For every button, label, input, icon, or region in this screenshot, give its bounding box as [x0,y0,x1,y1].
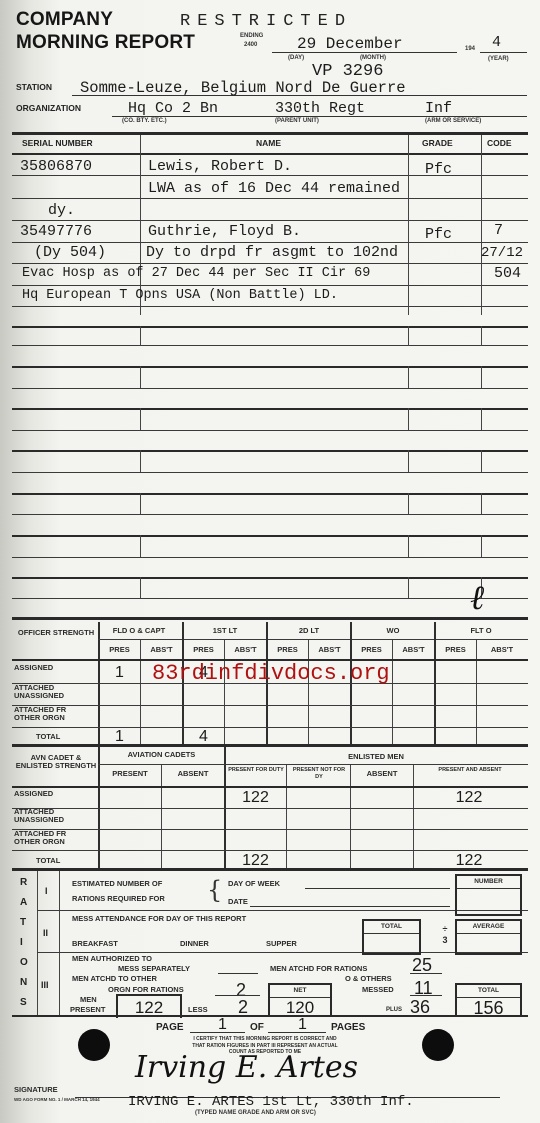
page-number: 1 [218,1016,227,1034]
group-enlisted-men: ENLISTED MEN [225,753,527,761]
signer-typed-sub: (TYPED NAME GRADE AND ARM OR SVC) [195,1110,316,1116]
subcol-abst: ABS'T [141,646,182,654]
divide-by-three: ÷ 3 [440,924,450,946]
year-sub: (YEAR) [488,56,509,62]
classification-stamp: RESTRICTED [180,12,352,31]
org-unit: Hq Co 2 Bn [128,100,218,117]
average-box: AVERAGE [455,919,522,955]
section-i-num: I [45,886,48,896]
row-label-assigned: ASSIGNED [14,790,53,798]
org-service: Inf [425,100,452,117]
subcol-pres: PRES [267,646,308,654]
day-of-week-label: DAY OF WEEK [228,880,280,888]
title-company: COMPANY [16,9,113,31]
est-rations-label-b: RATIONS REQUIRED FOR [72,895,165,903]
title-morning-report: MORNING REPORT [16,32,195,54]
total-label: TOTAL [364,921,419,934]
page-label: PAGE [156,1022,184,1033]
average-label: AVERAGE [457,921,520,934]
officer-total-fld-pres: 1 [99,728,140,746]
men-present-value: 122 [118,996,180,1018]
number-label: NUMBER [457,876,520,889]
atchd-other-label-b: ORGN FOR RATIONS [108,986,184,994]
mess-separately-label-a: MEN AUTHORIZED TO [72,955,152,963]
report-year: 4 [492,34,501,51]
col-grade: GRADE [422,138,453,148]
atchd-for-rations-label: MEN ATCHD FOR RATIONS [270,965,367,973]
grand-total-value: 156 [457,998,520,1019]
remark-duty: (Dy 504) [34,244,106,261]
subcol-pres: PRES [435,646,476,654]
group-flt-o: FLT O [435,627,527,635]
handwritten-signature: Irving E. Artes [135,1050,358,1085]
row-label-total: TOTAL [36,857,60,865]
subcol-pres: PRES [183,646,224,654]
mess-separately-label-b: MESS SEPARATELY [118,965,190,973]
remark-line: Hq European T Opns USA (Non Battle) LD. [22,288,338,303]
less-value: 2 [238,997,248,1018]
row-label-attached-fr-other: ATTACHED FR OTHER ORGN [14,706,94,722]
grade: Pfc [425,226,452,243]
col-name: NAME [256,138,281,148]
col-cadets-present: PRESENT [99,770,161,778]
net-box: NET 120 [268,983,332,1017]
others-messed-label-a: O & OTHERS [345,975,392,983]
date-sub-day: (DAY) [288,55,304,61]
report-date: 29 December [297,35,403,53]
net-label: NET [270,985,330,998]
signer-typed-name: IRVING E. ARTES 1st Lt, 330th Inf. [128,1094,414,1110]
col-present-not-for-duty: PRESENT NOT FOR DY [289,767,349,781]
ending-label: ENDING [240,33,263,39]
group-aviation-cadets: AVIATION CADETS [99,751,224,759]
enlisted-strength-title: AVN CADET & ENLISTED STRENGTH [14,754,98,770]
soldier-name: Lewis, Robert D. [148,158,292,175]
number-box: NUMBER [455,874,522,916]
grade: Pfc [425,161,452,178]
col-cadets-absent: ABSENT [162,770,224,778]
officer-total-1lt-pres: 4 [183,728,224,746]
code-date: 27/12 [481,245,523,261]
station-label: STATION [16,82,52,92]
subcol-pres: PRES [351,646,392,654]
col-enlisted-absent: ABSENT [351,770,413,778]
mess-attendance-label: MESS ATTENDANCE FOR DAY OF THIS REPORT [72,915,246,923]
binder-hole-right [422,1029,454,1061]
attendance-total-box: TOTAL [362,919,421,955]
dinner-label: DINNER [180,940,209,948]
enlisted-total-present-and-absent: 122 [414,852,524,870]
row-label-assigned: ASSIGNED [14,664,53,672]
enlisted-assigned-present-and-absent: 122 [414,789,524,807]
supper-label: SUPPER [266,940,297,948]
section-ii-num: II [43,928,48,938]
col-present-and-absent: PRESENT AND ABSENT [430,767,510,774]
section-iii-num: III [41,980,49,990]
date-label: DATE [228,898,248,906]
soldier-name: Guthrie, Floyd B. [148,223,301,240]
subcol-abst: ABS'T [477,646,527,654]
grand-total-label: TOTAL [457,985,520,998]
breakfast-label: BREAKFAST [72,940,118,948]
atchd-other-label-a: MEN ATCHD TO OTHER [72,975,157,983]
form-number: WD AGO FORM NO. 1 / MARCH 14, 1944 [14,1097,124,1102]
group-wo: WO [351,627,435,635]
remark-line: dy. [48,202,75,219]
group-fld-o-capt: FLD O & CAPT [99,627,179,635]
row-label-attached-unassigned: ATTACHED UNASSIGNED [14,808,94,824]
grand-total-box: TOTAL 156 [455,983,522,1017]
end-of-entries-mark: ℓ [470,578,484,618]
officer-strength-title: OFFICER STRENGTH [16,629,96,637]
signature-label: SIGNATURE [14,1086,58,1094]
station-value: Somme-Leuze, Belgium Nord De Guerre [80,79,406,97]
men-present-label-a: MEN [80,996,97,1004]
org-sub-unit: (CO. BTY. ETC.) [122,118,167,124]
serial-number: 35806870 [20,158,92,175]
group-1st-lt: 1ST LT [183,627,267,635]
others-messed-label-b: MESSED [362,986,394,994]
net-value: 120 [270,998,330,1018]
remark-line: LWA as of 16 Dec 44 remained [148,180,400,197]
brace: { [207,876,222,904]
row-label-attached-unassigned: ATTACHED UNASSIGNED [14,684,94,700]
code-ref: 504 [494,265,521,282]
code: 7 [494,222,503,239]
col-present-for-duty: PRESENT FOR DUTY [227,767,285,774]
enlisted-assigned-present-for-duty: 122 [225,789,286,807]
men-present-label-b: PRESENT [70,1006,105,1014]
subcol-abst: ABS'T [309,646,350,654]
year-prefix: 194 [465,46,475,52]
col-code: CODE [487,138,512,148]
date-sub-month: (MONTH) [360,55,386,61]
row-label-attached-fr-other: ATTACHED FR OTHER ORGN [14,830,94,846]
subcol-abst: ABS'T [225,646,266,654]
ending-time: 2400 [244,42,257,48]
remark-line: Dy to drpd fr asgmt to 102nd [146,244,398,261]
binder-hole-left [78,1029,110,1061]
officer-assigned-fld-pres: 1 [99,664,140,682]
men-present-box: 122 [116,994,182,1018]
of-label: OF [250,1022,264,1033]
organization-label: ORGANIZATION [16,103,81,113]
org-sub-parent: (PARENT UNIT) [275,118,319,124]
page-total: 1 [298,1016,307,1034]
remark-line: Evac Hosp as of 27 Dec 44 per Sec II Cir… [22,266,370,281]
serial-number: 35497776 [20,223,92,240]
less-label: LESS [188,1006,208,1014]
website-watermark: 83rdinfdivdocs.org [152,661,390,686]
plus-value: 36 [410,997,430,1018]
plus-label: PLUS [386,1006,402,1014]
morning-report-document: COMPANY MORNING REPORT RESTRICTED ENDING… [0,0,540,1123]
subcol-pres: PRES [99,646,140,654]
est-rations-label-a: ESTIMATED NUMBER OF [72,880,162,888]
org-parent: 330th Regt [275,100,365,117]
pages-label: PAGES [331,1022,365,1033]
enlisted-total-present-for-duty: 122 [225,852,286,870]
row-label-total: TOTAL [36,733,60,741]
col-serial-number: SERIAL NUMBER [22,138,93,148]
subcol-abst: ABS'T [393,646,434,654]
group-2d-lt: 2D LT [267,627,351,635]
org-sub-service: (ARM OR SERVICE) [425,118,481,124]
